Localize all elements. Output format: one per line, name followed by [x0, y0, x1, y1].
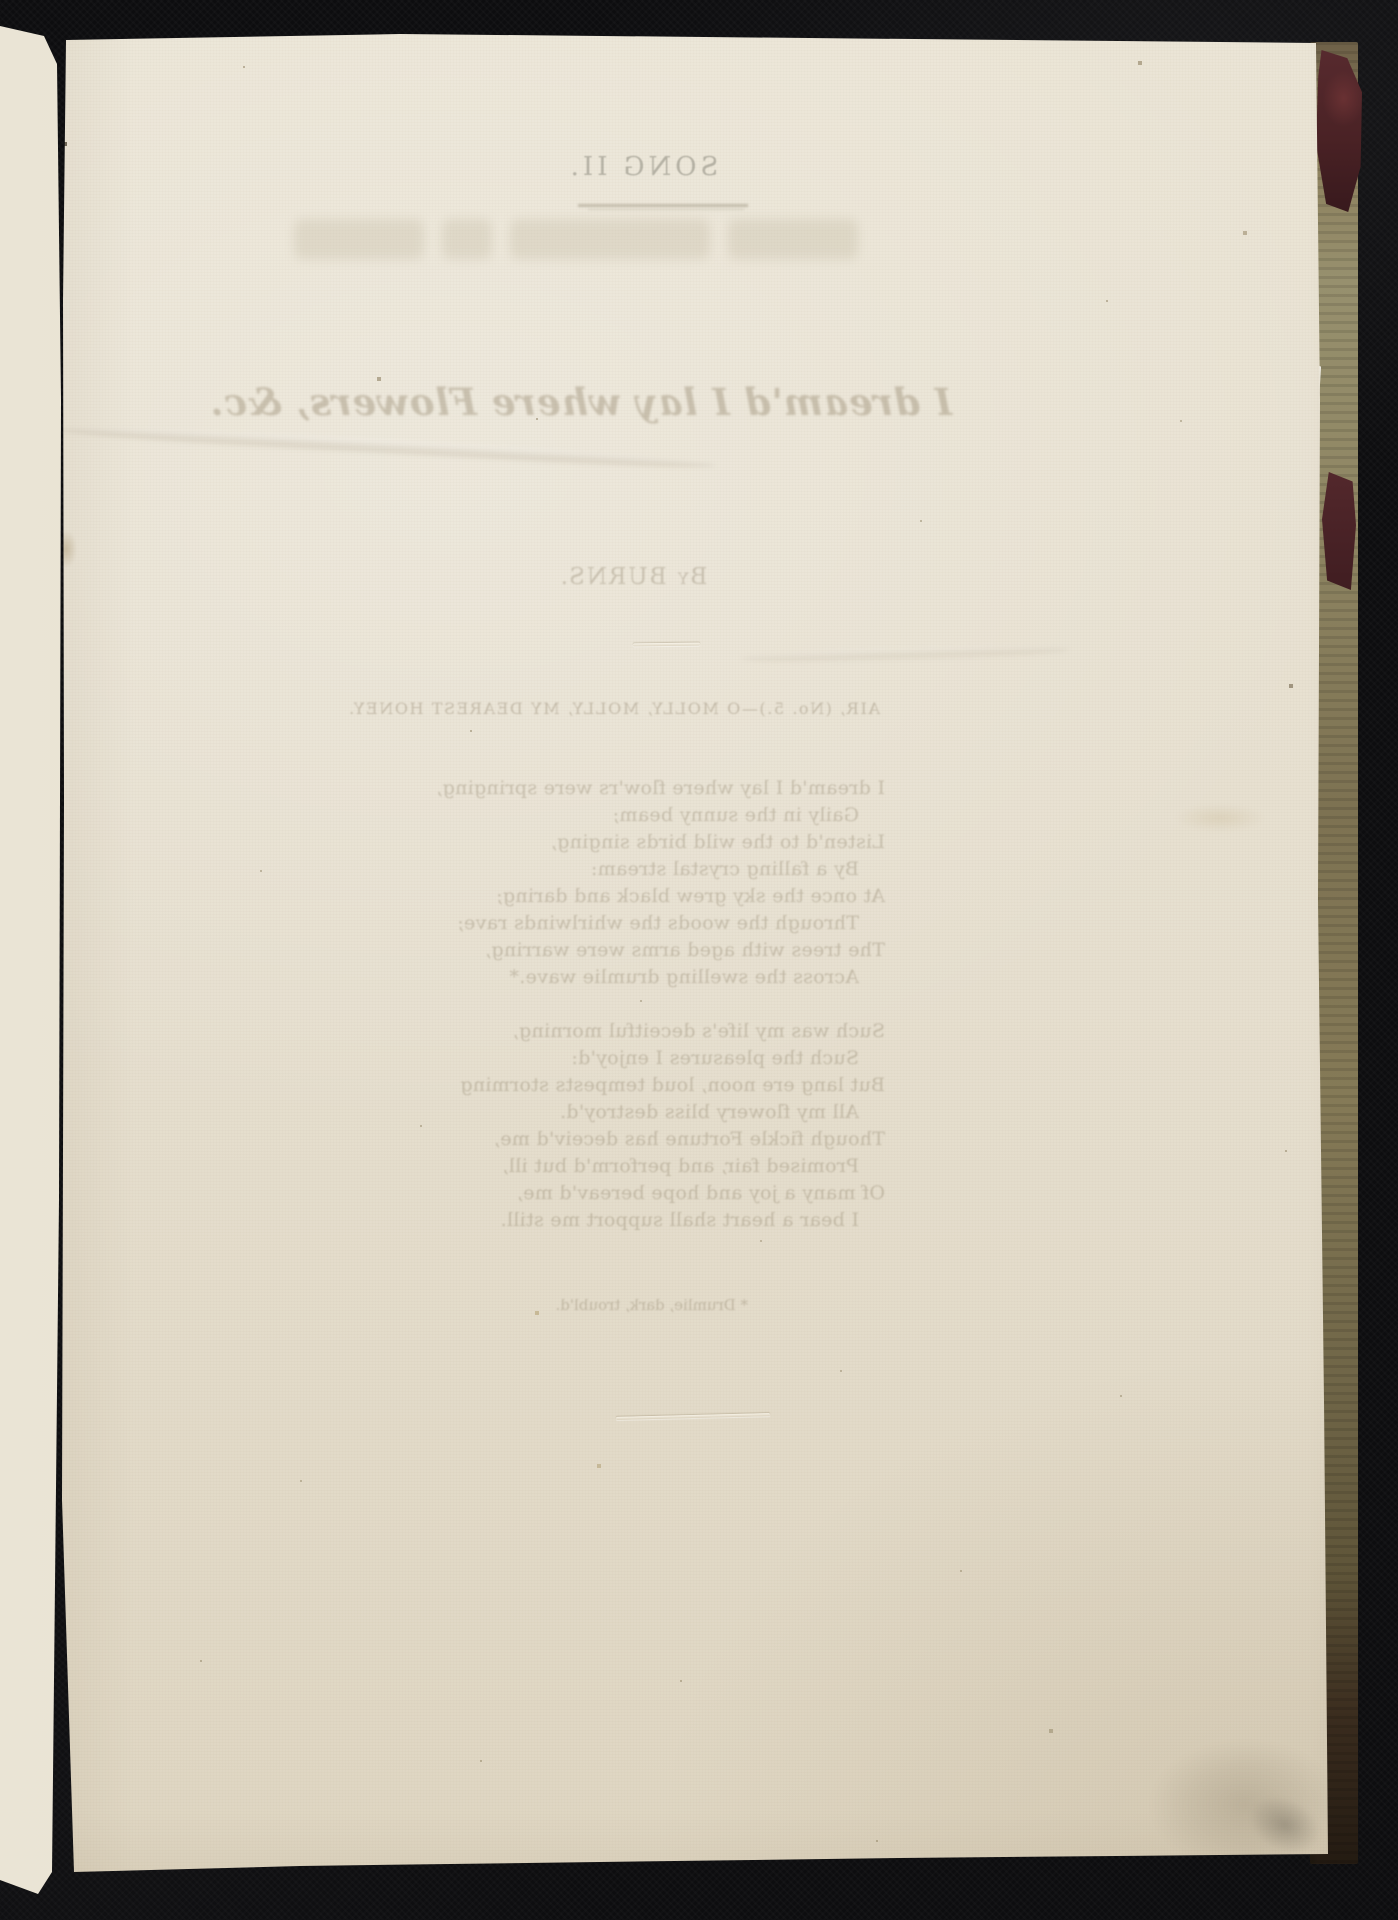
ghost-stanza-line: Such was my life's deceitful morning, — [415, 1018, 885, 1045]
ghost-stanza-line: Though fickle Fortune has deceiv'd me, — [415, 1126, 885, 1153]
photograph-of-open-book: SONG II. I dream'd I lay where Flowers, … — [0, 0, 1398, 1920]
ghost-stanza-1: I dream'd I lay where flow'rs were sprin… — [415, 775, 885, 991]
ghost-illegible-word — [510, 219, 710, 259]
ghost-stanza-line: Such the pleasures I enjoy'd: — [415, 1045, 885, 1072]
ghost-stanza-line: By a falling crystal stream: — [415, 856, 885, 883]
ghost-stanza-line: Of many a joy and hope bereav'd me, — [415, 1180, 885, 1207]
paper-specks — [0, 0, 2, 2]
mirrored-showthrough-layer: SONG II. I dream'd I lay where Flowers, … — [0, 0, 1398, 1920]
ghost-stanza-line: But lang ere noon, loud tempests stormin… — [415, 1072, 885, 1099]
paper-crease — [740, 643, 1070, 664]
ghost-footnote: * Drumlie, dark, troubl'd. — [588, 1296, 748, 1314]
ghost-stanza-2: Such was my life's deceitful morning, Su… — [415, 1018, 885, 1234]
ghost-stanza-line: The trees with aged arms were warring, — [415, 937, 885, 964]
ghost-song-number-heading: SONG II. — [555, 152, 730, 182]
ghost-illegible-word — [294, 219, 424, 259]
ghost-bottom-rule — [616, 1413, 770, 1420]
blank-verso-page: SONG II. I dream'd I lay where Flowers, … — [0, 0, 1398, 1920]
ghost-illegible-word — [442, 219, 492, 259]
ghost-stanza-line: Across the swelling drumlie wave.* — [415, 964, 885, 991]
ghost-byline: By BURNS. — [558, 564, 708, 590]
paper-crease — [56, 422, 716, 473]
ghost-stanza-line: I dream'd I lay where flow'rs were sprin… — [415, 775, 885, 802]
stain — [1160, 800, 1280, 836]
ghost-stanza-line: At once the sky grew black and daring; — [415, 883, 885, 910]
ghost-heading-rule — [578, 204, 748, 210]
ghost-air-line: AIR, (No. 5.)—O MOLLY, MOLLY, MY DEAREST… — [398, 699, 880, 718]
ghost-stanza-line: I bear a heart shall support me still. — [415, 1207, 885, 1234]
ghost-stanza-line: All my flowery bliss destroy'd. — [415, 1099, 885, 1126]
ghost-short-rule — [633, 643, 700, 647]
ghost-stanza-line: Listen'd to the wild birds singing, — [415, 829, 885, 856]
rule-line — [588, 209, 744, 210]
leather-remnant-mid — [1322, 472, 1356, 590]
ghost-song-title: I dream'd I lay where Flowers, &c. — [292, 380, 952, 424]
ghost-stanza-line: Gaily in the sunny beam; — [415, 802, 885, 829]
ghost-illegible-large-heading — [292, 216, 858, 262]
ghost-stanza-line: Through the woods the whirlwinds rave; — [415, 910, 885, 937]
ghost-illegible-word — [728, 219, 858, 259]
rule-line — [578, 204, 748, 207]
ghost-stanza-line: Promised fair, and perform'd but ill, — [415, 1153, 885, 1180]
